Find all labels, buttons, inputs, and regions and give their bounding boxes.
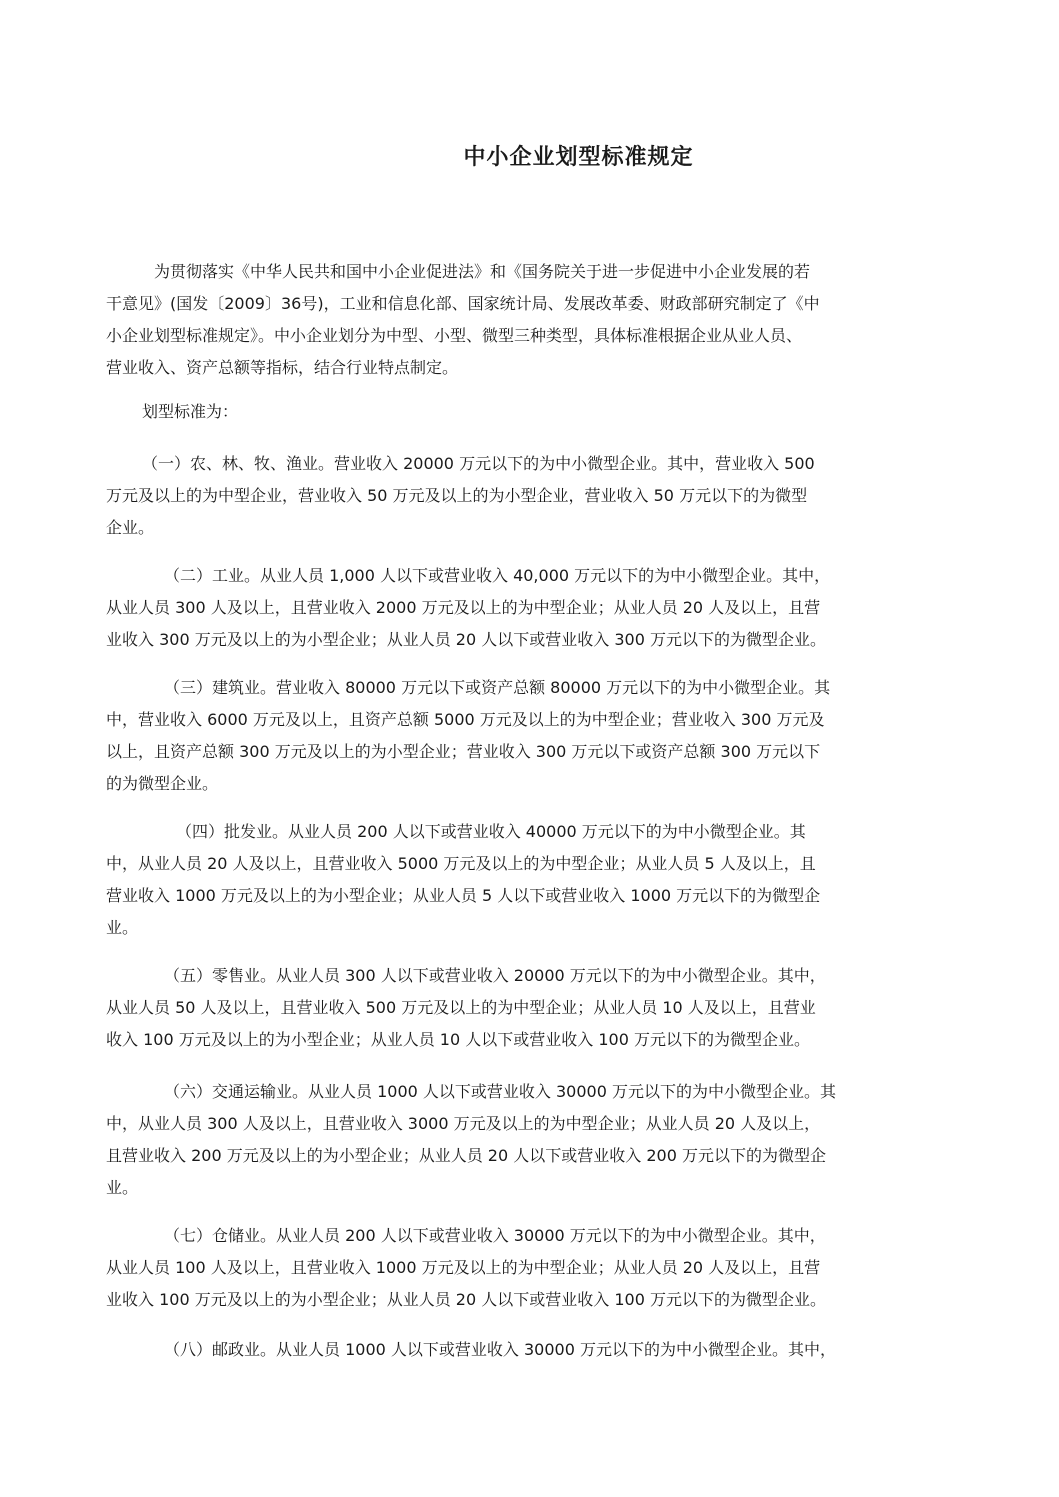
- paragraph-line: （二）工业。从业人员 1,000 人以下或营业收入 40,000 万元以下的为中…: [106, 560, 916, 592]
- paragraph-line: 划型标准为：: [106, 396, 916, 428]
- paragraph-line: 中，从业人员 20 人及以上，且营业收入 5000 万元及以上的为中型企业；从业…: [106, 848, 916, 880]
- paragraph-line: 营业收入、资产总额等指标，结合行业特点制定。: [106, 352, 916, 384]
- paragraph-line: 业收入 300 万元及以上的为小型企业；从业人员 20 人以下或营业收入 300…: [106, 624, 916, 656]
- paragraph-line: 收入 100 万元及以上的为小型企业；从业人员 10 人以下或营业收入 100 …: [106, 1024, 916, 1056]
- paragraph: （八）邮政业。从业人员 1000 人以下或营业收入 30000 万元以下的为中小…: [106, 1334, 916, 1366]
- paragraph: （二）工业。从业人员 1,000 人以下或营业收入 40,000 万元以下的为中…: [106, 560, 916, 656]
- paragraph-line: 中，从业人员 300 人及以上，且营业收入 3000 万元及以上的为中型企业；从…: [106, 1108, 916, 1140]
- paragraph-line: 以上，且资产总额 300 万元及以上的为小型企业；营业收入 300 万元以下或资…: [106, 736, 916, 768]
- paragraph-line: （一）农、林、牧、渔业。营业收入 20000 万元以下的为中小微型企业。其中，营…: [106, 448, 916, 480]
- paragraph-line: 从业人员 100 人及以上，且营业收入 1000 万元及以上的为中型企业；从业人…: [106, 1252, 916, 1284]
- paragraph: （六）交通运输业。从业人员 1000 人以下或营业收入 30000 万元以下的为…: [106, 1076, 916, 1204]
- paragraph: （三）建筑业。营业收入 80000 万元以下或资产总额 80000 万元以下的为…: [106, 672, 916, 800]
- paragraph-line: 中，营业收入 6000 万元及以上，且资产总额 5000 万元及以上的为中型企业…: [106, 704, 916, 736]
- paragraph-line: 万元及以上的为中型企业，营业收入 50 万元及以上的为小型企业，营业收入 50 …: [106, 480, 916, 512]
- paragraph-line: 业。: [106, 912, 916, 944]
- paragraph-line: （四）批发业。从业人员 200 人以下或营业收入 40000 万元以下的为中小微…: [106, 816, 916, 848]
- paragraph-line: 从业人员 300 人及以上，且营业收入 2000 万元及以上的为中型企业；从业人…: [106, 592, 916, 624]
- paragraph-line: （七）仓储业。从业人员 200 人以下或营业收入 30000 万元以下的为中小微…: [106, 1220, 916, 1252]
- paragraph-line: （六）交通运输业。从业人员 1000 人以下或营业收入 30000 万元以下的为…: [106, 1076, 916, 1108]
- paragraph: （四）批发业。从业人员 200 人以下或营业收入 40000 万元以下的为中小微…: [106, 816, 916, 944]
- paragraph-line: 干意见》(国发〔2009〕36号)，工业和信息化部、国家统计局、发展改革委、财政…: [106, 288, 916, 320]
- paragraph-line: 的为微型企业。: [106, 768, 916, 800]
- paragraph: （五）零售业。从业人员 300 人以下或营业收入 20000 万元以下的为中小微…: [106, 960, 916, 1056]
- paragraph: 为贯彻落实《中华人民共和国中小企业促进法》和《国务院关于进一步促进中小企业发展的…: [106, 256, 916, 384]
- paragraph: 划型标准为：: [106, 396, 916, 428]
- paragraph: （七）仓储业。从业人员 200 人以下或营业收入 30000 万元以下的为中小微…: [106, 1220, 916, 1316]
- paragraph-line: 业。: [106, 1172, 916, 1204]
- paragraph-line: （八）邮政业。从业人员 1000 人以下或营业收入 30000 万元以下的为中小…: [106, 1334, 916, 1366]
- paragraph-line: 为贯彻落实《中华人民共和国中小企业促进法》和《国务院关于进一步促进中小企业发展的…: [106, 256, 916, 288]
- paragraph-line: 业收入 100 万元及以上的为小型企业；从业人员 20 人以下或营业收入 100…: [106, 1284, 916, 1316]
- paragraph-line: 企业。: [106, 512, 916, 544]
- paragraph-line: （三）建筑业。营业收入 80000 万元以下或资产总额 80000 万元以下的为…: [106, 672, 916, 704]
- paragraph-line: 从业人员 50 人及以上，且营业收入 500 万元及以上的为中型企业；从业人员 …: [106, 992, 916, 1024]
- paragraph-line: 且营业收入 200 万元及以上的为小型企业；从业人员 20 人以下或营业收入 2…: [106, 1140, 916, 1172]
- paragraph-line: 小企业划型标准规定》。中小企业划分为中型、小型、微型三种类型，具体标准根据企业从…: [106, 320, 916, 352]
- paragraph-line: （五）零售业。从业人员 300 人以下或营业收入 20000 万元以下的为中小微…: [106, 960, 916, 992]
- paragraph-line: 营业收入 1000 万元及以上的为小型企业；从业人员 5 人以下或营业收入 10…: [106, 880, 916, 912]
- paragraph: （一）农、林、牧、渔业。营业收入 20000 万元以下的为中小微型企业。其中，营…: [106, 448, 916, 544]
- page-title: 中小企业划型标准规定: [0, 140, 1059, 171]
